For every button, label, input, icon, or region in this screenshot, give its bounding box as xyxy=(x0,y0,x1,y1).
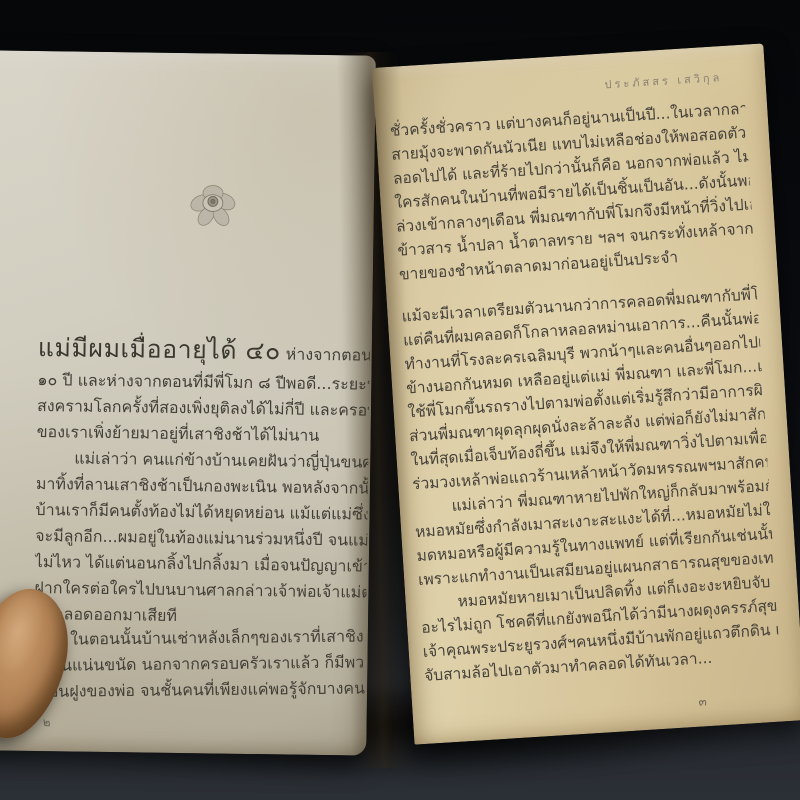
text-line: ในตอนนั้นบ้านเช่าหลังเล็กๆของเราที่เสาชิ… xyxy=(32,623,364,652)
flower-ornament xyxy=(187,169,238,234)
author-running-header: ประภัสสร เสวิกุล xyxy=(573,66,754,95)
left-page-text: แม่มีผมเมื่ออายุได้ ๔๐ ห่างจากตอนที่มีพี… xyxy=(33,331,370,710)
right-page-text: ชั่วครั้งชั่วคราว แต่บางคนก็อยู่นานเป็นป… xyxy=(389,97,780,688)
paragraph: แม้จะมีเวลาเตรียมตัวนานกว่าการคลอดพี่มณฑ… xyxy=(401,282,768,496)
opening-phrase-large: แม่มีผมเมื่ออายุได้ ๔๐ xyxy=(38,333,281,365)
chapter-opening-line: แม่มีผมเมื่ออายุได้ ๔๐ ห่างจากตอนที่มีพี… xyxy=(38,331,370,372)
opening-phrase-rest: ห่างจากตอนที่มีพี่มณฑา xyxy=(281,344,371,365)
paragraph: ในตอนนั้นบ้านเช่าหลังเล็กๆของเราที่เสาชิ… xyxy=(32,623,365,704)
text-line: อยู่กันแน่นขนัด นอกจากครอบครัวเราแล้ว ก็… xyxy=(32,649,364,678)
right-page-number: ๓ xyxy=(698,692,707,711)
paragraph: ๑๐ ปี และห่างจากตอนที่มีพี่โมก ๘ ปีพอดี.… xyxy=(36,367,369,450)
paragraph: แม่เล่าว่า คนแก่ข้างบ้านเคยฝันว่าญี่ปุ่น… xyxy=(34,445,369,632)
paragraph: ชั่วครั้งชั่วคราว แต่บางคนก็อยู่นานเป็นป… xyxy=(389,97,755,287)
left-page-number: ๒ xyxy=(42,713,50,732)
photo-frame: แม่มีผมเมื่ออายุได้ ๔๐ ห่างจากตอนที่มีพี… xyxy=(0,0,800,800)
text-line: เพื่อนฝูงของพ่อ จนชั้นคนที่เพียงแค่พอรู้… xyxy=(33,675,365,704)
right-page: ประภัสสร เสวิกุล ชั่วครั้งชั่วคราว แต่บา… xyxy=(372,43,800,744)
